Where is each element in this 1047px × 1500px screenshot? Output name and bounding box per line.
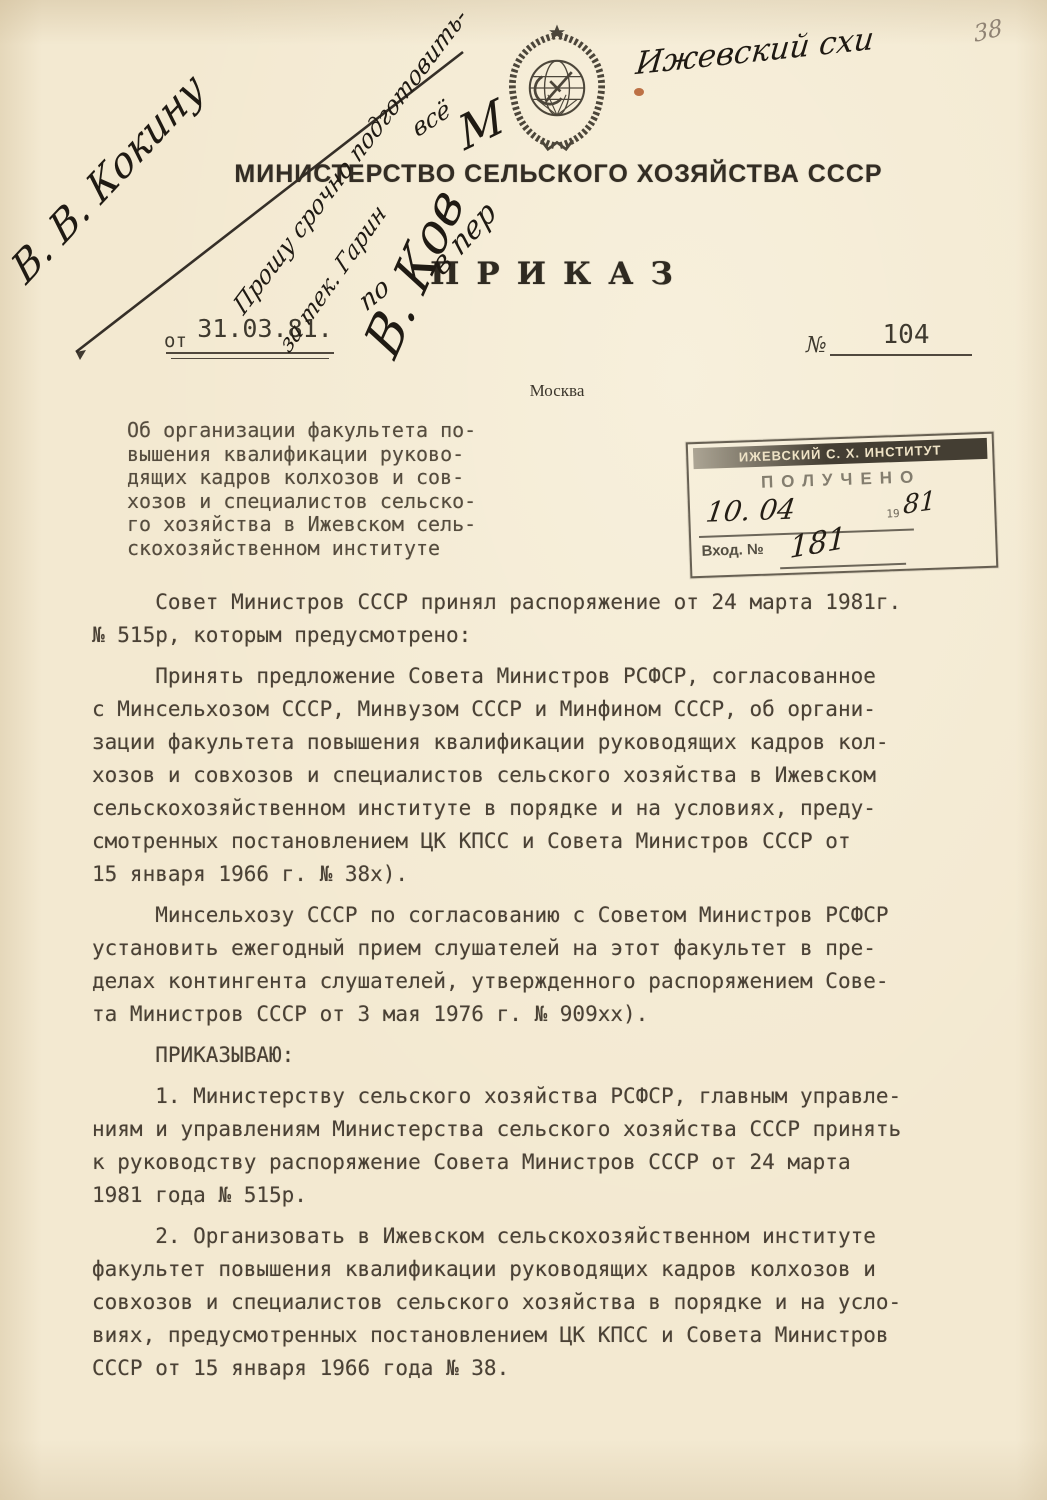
paragraph-preamble: Совет Министров СССР принял распоряжение… xyxy=(92,586,997,652)
paragraph-enrollment: Минсельхозу СССР по согласованию с Совет… xyxy=(92,899,997,1031)
stamp-institute-name: ИЖЕВСКИЙ С. Х. ИНСТИТУТ xyxy=(693,438,988,469)
pencil-page-number: 38 xyxy=(973,15,1004,48)
stamp-date-handwritten: 10. 04 xyxy=(704,493,798,529)
number-underline xyxy=(830,354,972,356)
prikazyvayu-heading: ПРИКАЗЫВАЮ: xyxy=(92,1039,997,1072)
handwritten-note-3: всё xyxy=(408,94,454,143)
stamp-entry-label: Вход. № xyxy=(701,541,764,560)
number-label: № xyxy=(806,333,827,358)
paragraph-proposal: Принять предложение Совета Министров РСФ… xyxy=(92,660,997,891)
order-item-2: 2. Организовать в Ижевском сельскохозяйс… xyxy=(92,1220,997,1385)
date-underline xyxy=(166,352,334,354)
stamp-entry-number: 181 xyxy=(789,521,847,567)
scanned-order-page: МИНИСТЕРСТВО СЕЛЬСКОГО ХОЗЯЙСТВА СССР ПР… xyxy=(0,0,1047,1500)
order-body: Совет Министров СССР принял распоряжение… xyxy=(92,586,997,1393)
handwritten-top-note: Ижевский схи xyxy=(634,21,876,83)
ussr-coat-of-arms-icon xyxy=(500,20,614,156)
stamp-received-label: ПОЛУЧЕНО xyxy=(689,465,994,496)
subject-block: Об организации факультета по- вышения кв… xyxy=(127,419,547,560)
date-underline-second xyxy=(171,358,329,359)
number-value: 104 xyxy=(846,320,966,350)
date-label: от xyxy=(164,330,187,352)
received-stamp: ИЖЕВСКИЙ С. Х. ИНСТИТУТ ПОЛУЧЕНО 10. 04 … xyxy=(686,432,999,579)
ministry-title: МИНИСТЕРСТВО СЕЛЬСКОГО ХОЗЯЙСТВА СССР xyxy=(70,160,1047,189)
stamp-year-print: 19 xyxy=(886,507,900,520)
stamp-year-handwritten: 81 xyxy=(903,486,937,521)
order-item-1: 1. Министерству сельского хозяйства РСФС… xyxy=(92,1080,997,1212)
city-label: Москва xyxy=(407,381,707,401)
ink-spot xyxy=(634,88,644,96)
